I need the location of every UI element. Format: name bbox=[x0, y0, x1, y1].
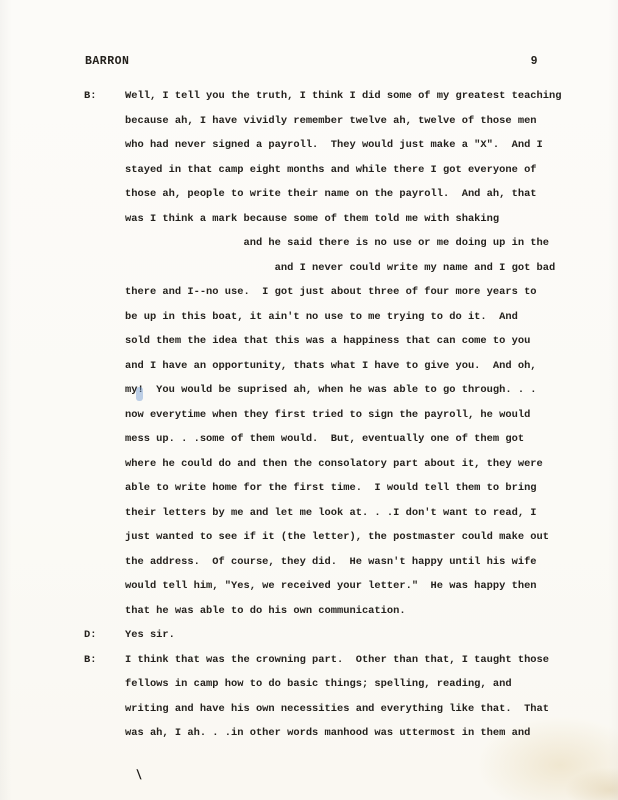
transcript-line: just wanted to see if it (the letter), t… bbox=[125, 525, 561, 550]
header-speaker-name: BARRON bbox=[85, 55, 129, 68]
transcript-line: was ah, I ah. . .in other words manhood … bbox=[125, 721, 561, 746]
transcript-line: who had never signed a payroll. They wou… bbox=[125, 133, 561, 158]
speaker-label: B: bbox=[84, 84, 125, 109]
speaker-lines: I think that was the crowning part. Othe… bbox=[125, 648, 561, 746]
transcript-line: sold them the idea that this was a happi… bbox=[125, 329, 561, 354]
transcript-line: and I have an opportunity, thats what I … bbox=[125, 354, 561, 379]
transcript-line: my! You would be suprised ah, when he wa… bbox=[125, 378, 561, 403]
transcript-line: and he said there is no use or me doing … bbox=[125, 231, 561, 256]
transcript-body: B:Well, I tell you the truth, I think I … bbox=[84, 84, 561, 746]
blue-ink-mark bbox=[136, 387, 143, 401]
transcript-line: fellows in camp how to do basic things; … bbox=[125, 672, 561, 697]
transcript-line: and I never could write my name and I go… bbox=[125, 256, 561, 281]
transcript-entry: B:Well, I tell you the truth, I think I … bbox=[84, 84, 561, 623]
transcript-entry: D:Yes sir. bbox=[84, 623, 561, 648]
transcript-line: their letters by me and let me look at. … bbox=[125, 501, 561, 526]
transcript-line: Well, I tell you the truth, I think I di… bbox=[125, 84, 561, 109]
transcript-line: be up in this boat, it ain't no use to m… bbox=[125, 305, 561, 330]
transcript-line: able to write home for the first time. I… bbox=[125, 476, 561, 501]
transcript-line: those ah, people to write their name on … bbox=[125, 182, 561, 207]
page-header: BARRON 9 bbox=[85, 55, 538, 68]
transcript-line: would tell him, "Yes, we received your l… bbox=[125, 574, 561, 599]
transcript-line: stayed in that camp eight months and whi… bbox=[125, 158, 561, 183]
transcript-line: there and I--no use. I got just about th… bbox=[125, 280, 561, 305]
transcript-line: where he could do and then the consolato… bbox=[125, 452, 561, 477]
speaker-label: D: bbox=[84, 623, 125, 648]
transcript-line: writing and have his own necessities and… bbox=[125, 697, 561, 722]
transcript-line: was I think a mark because some of them … bbox=[125, 207, 561, 232]
transcript-line: the address. Of course, they did. He was… bbox=[125, 550, 561, 575]
transcript-line: that he was able to do his own communica… bbox=[125, 599, 561, 624]
transcript-line: Yes sir. bbox=[125, 623, 561, 648]
speaker-lines: Well, I tell you the truth, I think I di… bbox=[125, 84, 561, 623]
document-page: BARRON 9 B:Well, I tell you the truth, I… bbox=[0, 0, 618, 800]
transcript-line: because ah, I have vividly remember twel… bbox=[125, 109, 561, 134]
speaker-label: B: bbox=[84, 648, 125, 673]
speaker-lines: Yes sir. bbox=[125, 623, 561, 648]
transcript-entry: B:I think that was the crowning part. Ot… bbox=[84, 648, 561, 746]
stray-pen-mark: \ bbox=[134, 768, 144, 784]
transcript-line: I think that was the crowning part. Othe… bbox=[125, 648, 561, 673]
transcript-line: now everytime when they first tried to s… bbox=[125, 403, 561, 428]
transcript-line: mess up. . .some of them would. But, eve… bbox=[125, 427, 561, 452]
page-number: 9 bbox=[531, 55, 538, 68]
